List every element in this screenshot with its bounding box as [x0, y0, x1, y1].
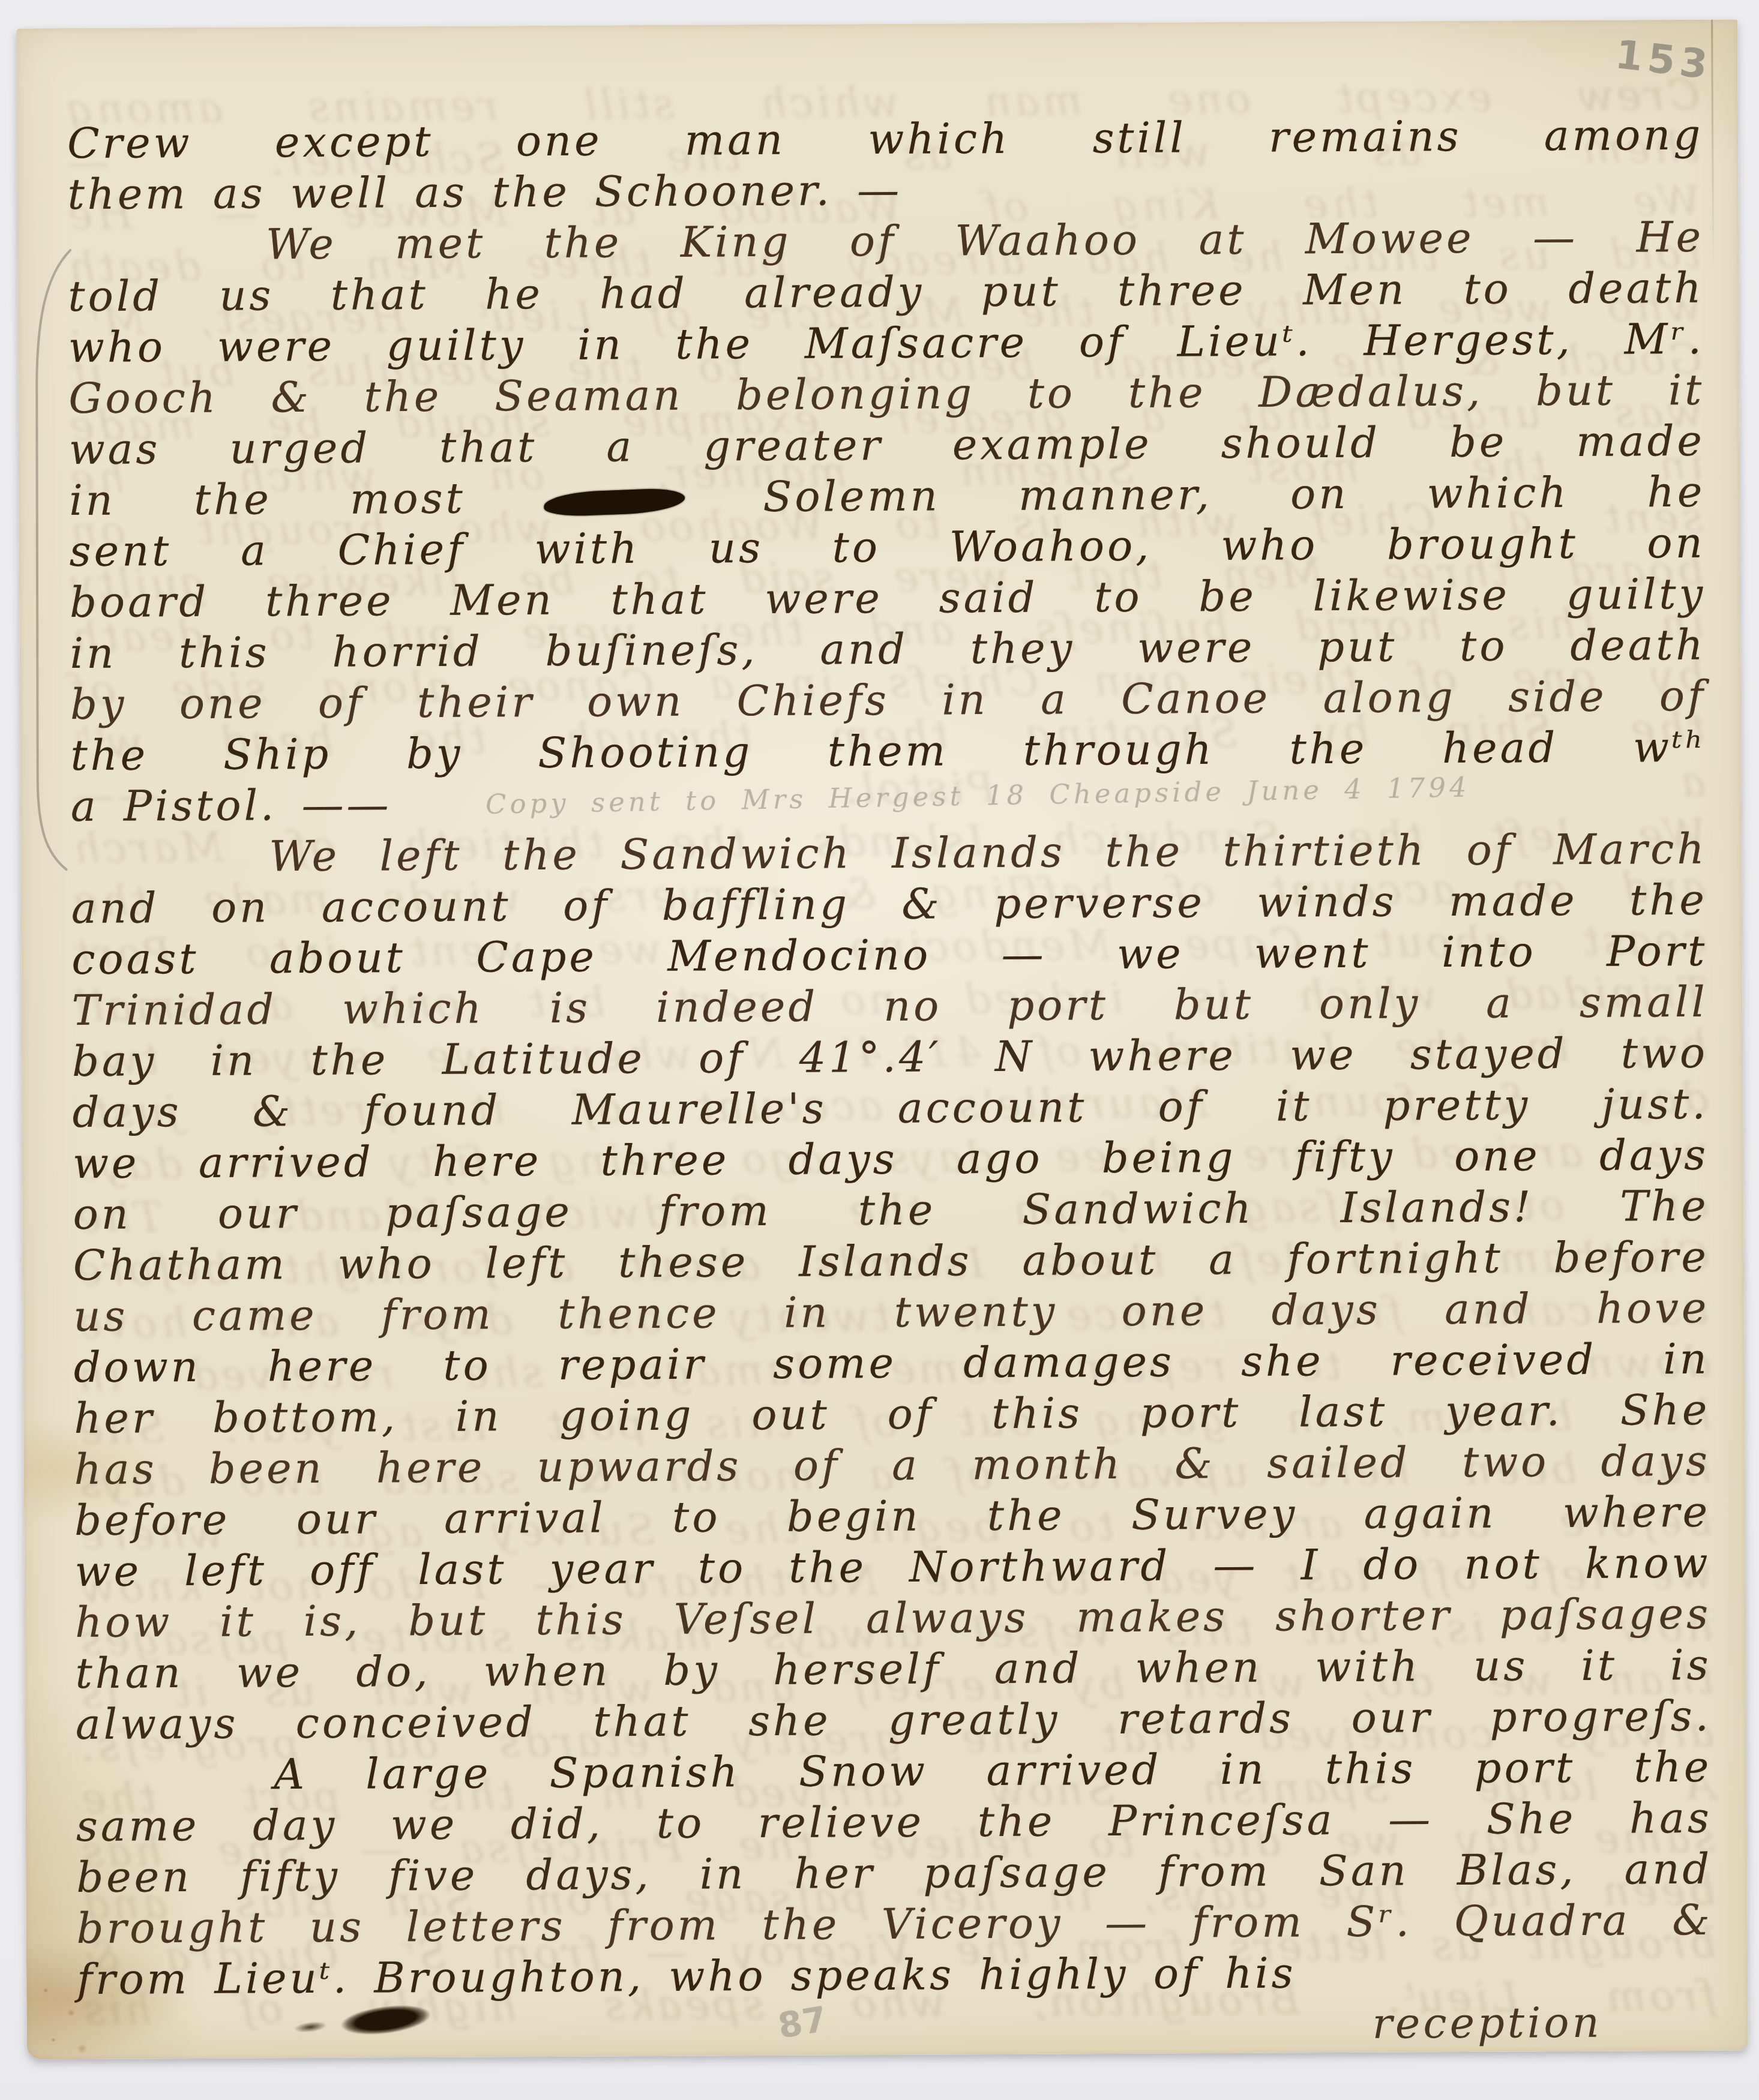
letter-line: them as well as the Schooner. —	[67, 161, 1703, 220]
folio-number-pencil: 153	[1613, 31, 1715, 88]
letter-line: coast about Cape Mendocino — we went int…	[71, 926, 1707, 985]
letter-line: how it is, but this Veſsel always makes …	[75, 1589, 1711, 1648]
corner-stain-speckles	[31, 1972, 104, 2063]
letter-line: We met the King of Waahoo at Mowee — He	[68, 212, 1704, 271]
letter-line: been fifty five days, in her paſsage fro…	[76, 1844, 1712, 1903]
letter-line-text: Solemn manner, on which he	[685, 467, 1706, 522]
letter-line: from Lieuᵗ. Broughton, who speaks highly…	[77, 1946, 1713, 2005]
letter-line: brought us letters from the Viceroy — fr…	[77, 1895, 1713, 1954]
letter-line: Trinidad which is indeed no port but onl…	[72, 977, 1708, 1036]
letter-line: Crew except one man which still remains …	[67, 110, 1703, 169]
letter-line: in this horrid buſineſs, and they were p…	[70, 620, 1706, 679]
letter-line: in the most Solemn manner, on which he	[69, 467, 1705, 526]
letter-line: on our paſsage from the Sandwich Islands…	[73, 1181, 1709, 1240]
letter-line: we left off last year to the Northward —…	[74, 1538, 1710, 1597]
letter-line-text: in the most	[69, 473, 544, 525]
letter-body: Crew except one man which still remains …	[67, 110, 1713, 2056]
letter-line: we arrived here three days ago being fif…	[73, 1130, 1709, 1189]
letter-line: told us that he had already put three Me…	[68, 263, 1704, 322]
letter-line: Chatham who left these Islands about a f…	[73, 1232, 1709, 1291]
letter-line: Gooch & the Seaman belonging to the Dæda…	[68, 365, 1704, 424]
scanned-letter-page: { "page": { "folio_pencil": "153", "bott…	[0, 0, 1759, 2100]
letter-line: before our arrival to begin the Survey a…	[74, 1487, 1710, 1546]
letter-line: A large Spanish Snow arrived in this por…	[76, 1742, 1712, 1801]
letter-line: sent a Chief with us to Woahoo, who brou…	[70, 518, 1706, 577]
letter-line: us came from thence in twenty one days a…	[73, 1283, 1709, 1342]
letter-line: days & found Maurelle's account of it pr…	[72, 1079, 1708, 1138]
letter-line: and on account of baffling & perverse wi…	[71, 875, 1707, 934]
letter-line: same day we did, to relieve the Princeſs…	[76, 1793, 1712, 1852]
letter-line: bay in the Latitude of 41°.4′ N where we…	[72, 1028, 1708, 1087]
letter-line: who were guilty in the Maſsacre of Lieuᵗ…	[68, 314, 1704, 373]
letter-line: down here to repair some damages she rec…	[74, 1334, 1710, 1393]
letter-line: by one of their own Chiefs in a Canoe al…	[70, 671, 1706, 730]
bottom-number-pencil: 87	[775, 1999, 830, 2047]
manuscript-page: Crew except one man which still remains …	[16, 20, 1748, 2060]
letter-line: board three Men that were said to be lik…	[70, 569, 1706, 628]
letter-line: has been here upwards of a month & saile…	[74, 1436, 1710, 1495]
letter-line: than we do, when by herself and when wit…	[75, 1640, 1711, 1699]
letter-line: her bottom, in going out of this port la…	[74, 1385, 1710, 1444]
letter-line: We left the Sandwich Islands the thirtie…	[71, 824, 1707, 883]
letter-line: was urged that a greater example should …	[69, 416, 1705, 475]
letter-line: always conceived that she greatly retard…	[76, 1691, 1712, 1750]
ink-scribble-strikeout	[543, 488, 685, 517]
